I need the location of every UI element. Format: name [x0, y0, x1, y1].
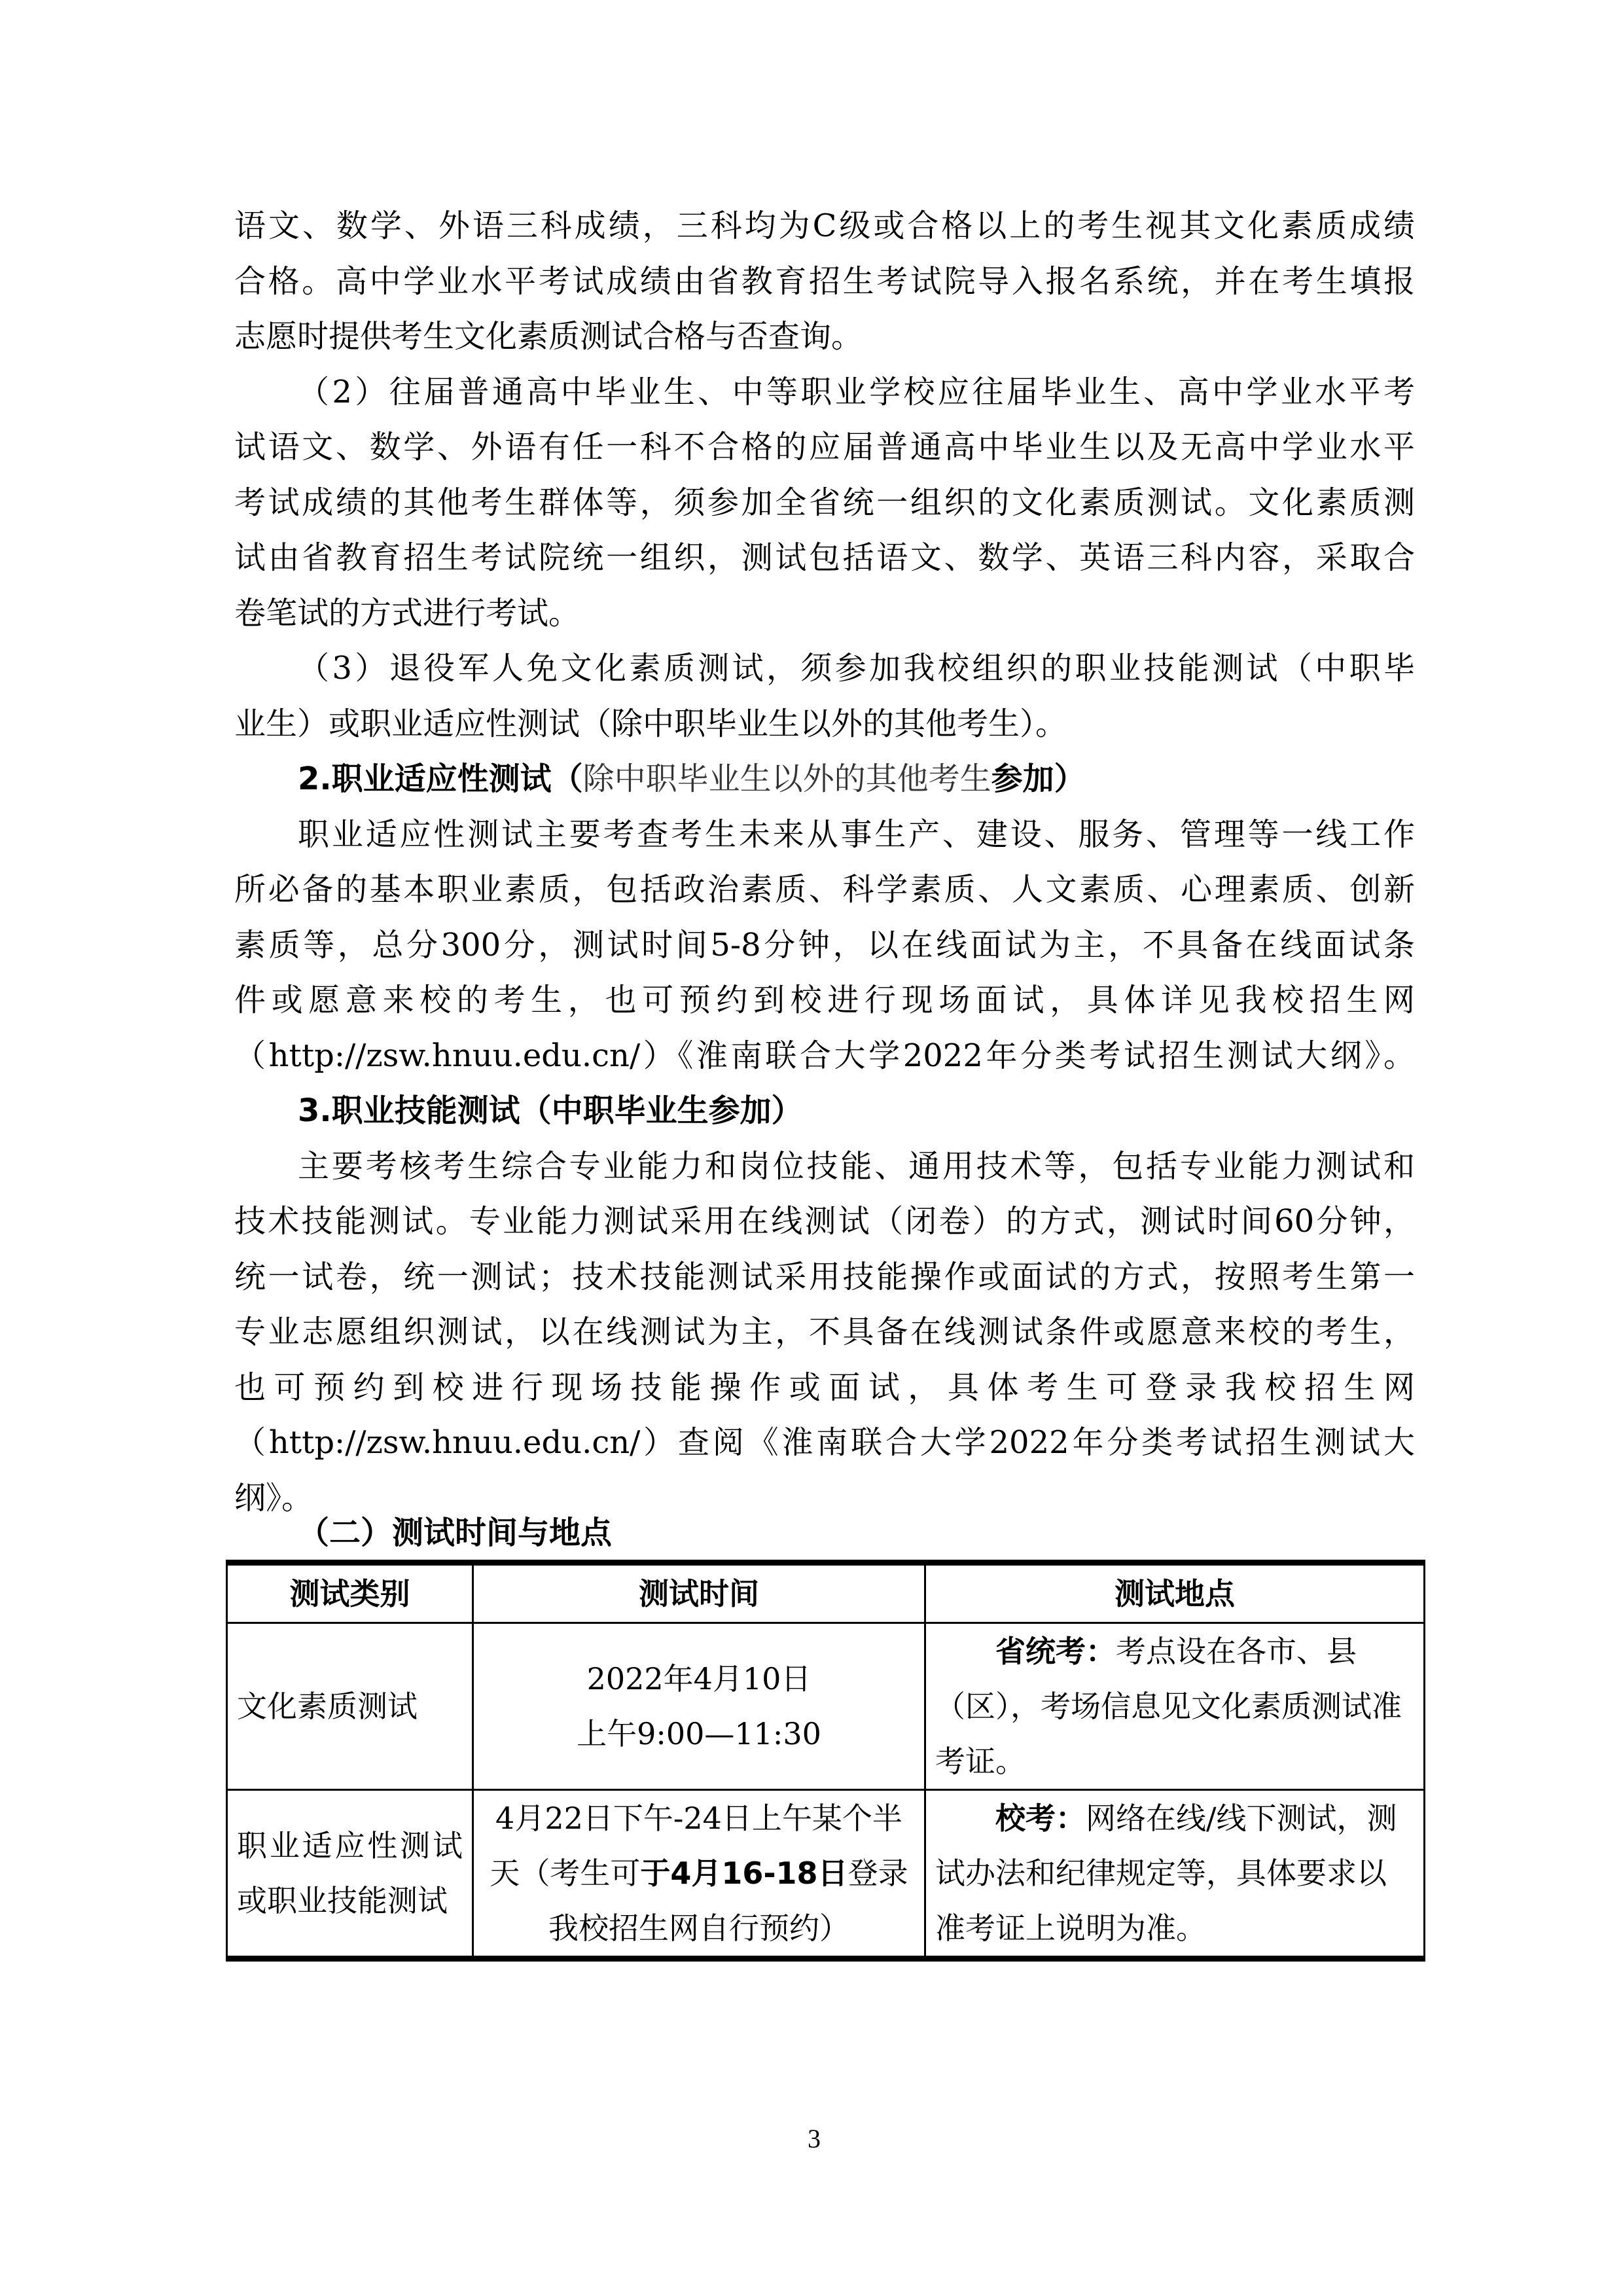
paragraph-line-url: （http://zsw.hnuu.edu.cn/）《淮南联合大学2022年分类考… — [234, 1028, 1415, 1083]
paragraph-line: 件或愿意来校的考生，也可预约到校进行现场面试，具体详见我校招生网 — [234, 973, 1415, 1028]
paragraph-line: 卷笔试的方式进行考试。 — [234, 586, 1415, 641]
header-place: 测试地点 — [925, 1563, 1425, 1623]
paragraph-line: （2）往届普通高中毕业生、中等职业学校应往届毕业生、高中学业水平考 — [298, 365, 1415, 420]
paragraph-line: 也可预约到校进行现场技能操作或面试，具体考生可登录我校招生网 — [234, 1360, 1415, 1415]
paragraph-line: 专业志愿组织测试，以在线测试为主，不具备在线测试条件或愿意来校的考生， — [234, 1304, 1415, 1359]
time-text-bold: 于4月16-18日 — [640, 1856, 847, 1891]
paragraph-line: （3）退役军人免文化素质测试，须参加我校组织的职业技能测试（中职毕 — [298, 641, 1415, 696]
section-title-time-and-place: （二）测试时间与地点 — [298, 1505, 1415, 1560]
cell-place: 校考：网络在线/线下测试，测试办法和纪律规定等，具体要求以准考证上说明为准。 — [925, 1790, 1425, 1959]
place-label-bold: 省统考： — [995, 1634, 1116, 1669]
table-row: 职业适应性测试或职业技能测试 4月22日下午-24日上午某个半天（考生可于4月1… — [227, 1790, 1425, 1959]
paragraph-line: 素质等，总分300分，测试时间5-8分钟，以在线面试为主，不具备在线面试条 — [234, 918, 1415, 973]
paragraph-line: 业生）或职业适应性测试（除中职毕业生以外的其他考生）。 — [234, 696, 1415, 751]
paragraph-line: 志愿时提供考生文化素质测试合格与否查询。 — [234, 309, 1415, 364]
header-category: 测试类别 — [227, 1563, 473, 1623]
place-label-bold: 校考： — [995, 1801, 1086, 1836]
cell-category: 职业适应性测试或职业技能测试 — [227, 1790, 473, 1959]
paragraph-line: 合格。高中学业水平考试成绩由省教育招生考试院导入报名系统，并在考生填报 — [234, 254, 1415, 309]
time-line: 2022年4月10日 — [483, 1651, 915, 1706]
paragraph-line: 语文、数学、外语三科成绩，三科均为C级或合格以上的考生视其文化素质成绩 — [234, 198, 1415, 253]
heading-bold-end: 参加） — [991, 761, 1086, 797]
table-header-row: 测试类别 测试时间 测试地点 — [227, 1563, 1425, 1623]
paragraph-line-url: （http://zsw.hnuu.edu.cn/）查阅《淮南联合大学2022年分… — [234, 1415, 1415, 1470]
paragraph-line: 主要考核考生综合专业能力和岗位技能、通用技术等，包括专业能力测试和 — [298, 1139, 1415, 1194]
cell-place: 省统考：考点设在各市、县（区），考场信息见文化素质测试准考证。 — [925, 1623, 1425, 1790]
page-number: 3 — [801, 2123, 827, 2154]
paragraph-line: 试由省教育招生考试院统一组织，测试包括语文、数学、英语三科内容，采取合 — [234, 530, 1415, 585]
section-heading-vocational-skills: 3.职业技能测试（中职毕业生参加） — [298, 1083, 1415, 1138]
heading-light: 除中职毕业生以外的其他考生 — [583, 761, 991, 797]
paragraph-line: 考试成绩的其他考生群体等，须参加全省统一组织的文化素质测试。文化素质测 — [234, 475, 1415, 530]
cell-category: 文化素质测试 — [227, 1623, 473, 1790]
cell-time: 4月22日下午-24日上午某个半天（考生可于4月16-18日登录我校招生网自行预… — [473, 1790, 925, 1959]
cell-time: 2022年4月10日 上午9:00—11:30 — [473, 1623, 925, 1790]
schedule-table: 测试类别 测试时间 测试地点 文化素质测试 2022年4月10日 上午9:00—… — [226, 1560, 1425, 1962]
paragraph-line: 统一试卷，统一测试；技术技能测试采用技能操作或面试的方式，按照考生第一 — [234, 1249, 1415, 1304]
heading-bold-start: 2.职业适应性测试（ — [298, 761, 583, 797]
document-page: 语文、数学、外语三科成绩，三科均为C级或合格以上的考生视其文化素质成绩 合格。高… — [0, 0, 1623, 2296]
paragraph-line: 所必备的基本职业素质，包括政治素质、科学素质、人文素质、心理素质、创新 — [234, 862, 1415, 917]
paragraph-line: 技术技能测试。专业能力测试采用在线测试（闭卷）的方式，测试时间60分钟， — [234, 1194, 1415, 1249]
time-line: 上午9:00—11:30 — [483, 1706, 915, 1761]
paragraph-line: 试语文、数学、外语有任一科不合格的应届普通高中毕业生以及无高中学业水平 — [234, 420, 1415, 475]
header-time: 测试时间 — [473, 1563, 925, 1623]
paragraph-line: 职业适应性测试主要考查考生未来从事生产、建设、服务、管理等一线工作 — [298, 807, 1415, 862]
section-heading-vocational-aptitude: 2.职业适应性测试（除中职毕业生以外的其他考生参加） — [298, 751, 1415, 806]
table-row: 文化素质测试 2022年4月10日 上午9:00—11:30 省统考：考点设在各… — [227, 1623, 1425, 1790]
